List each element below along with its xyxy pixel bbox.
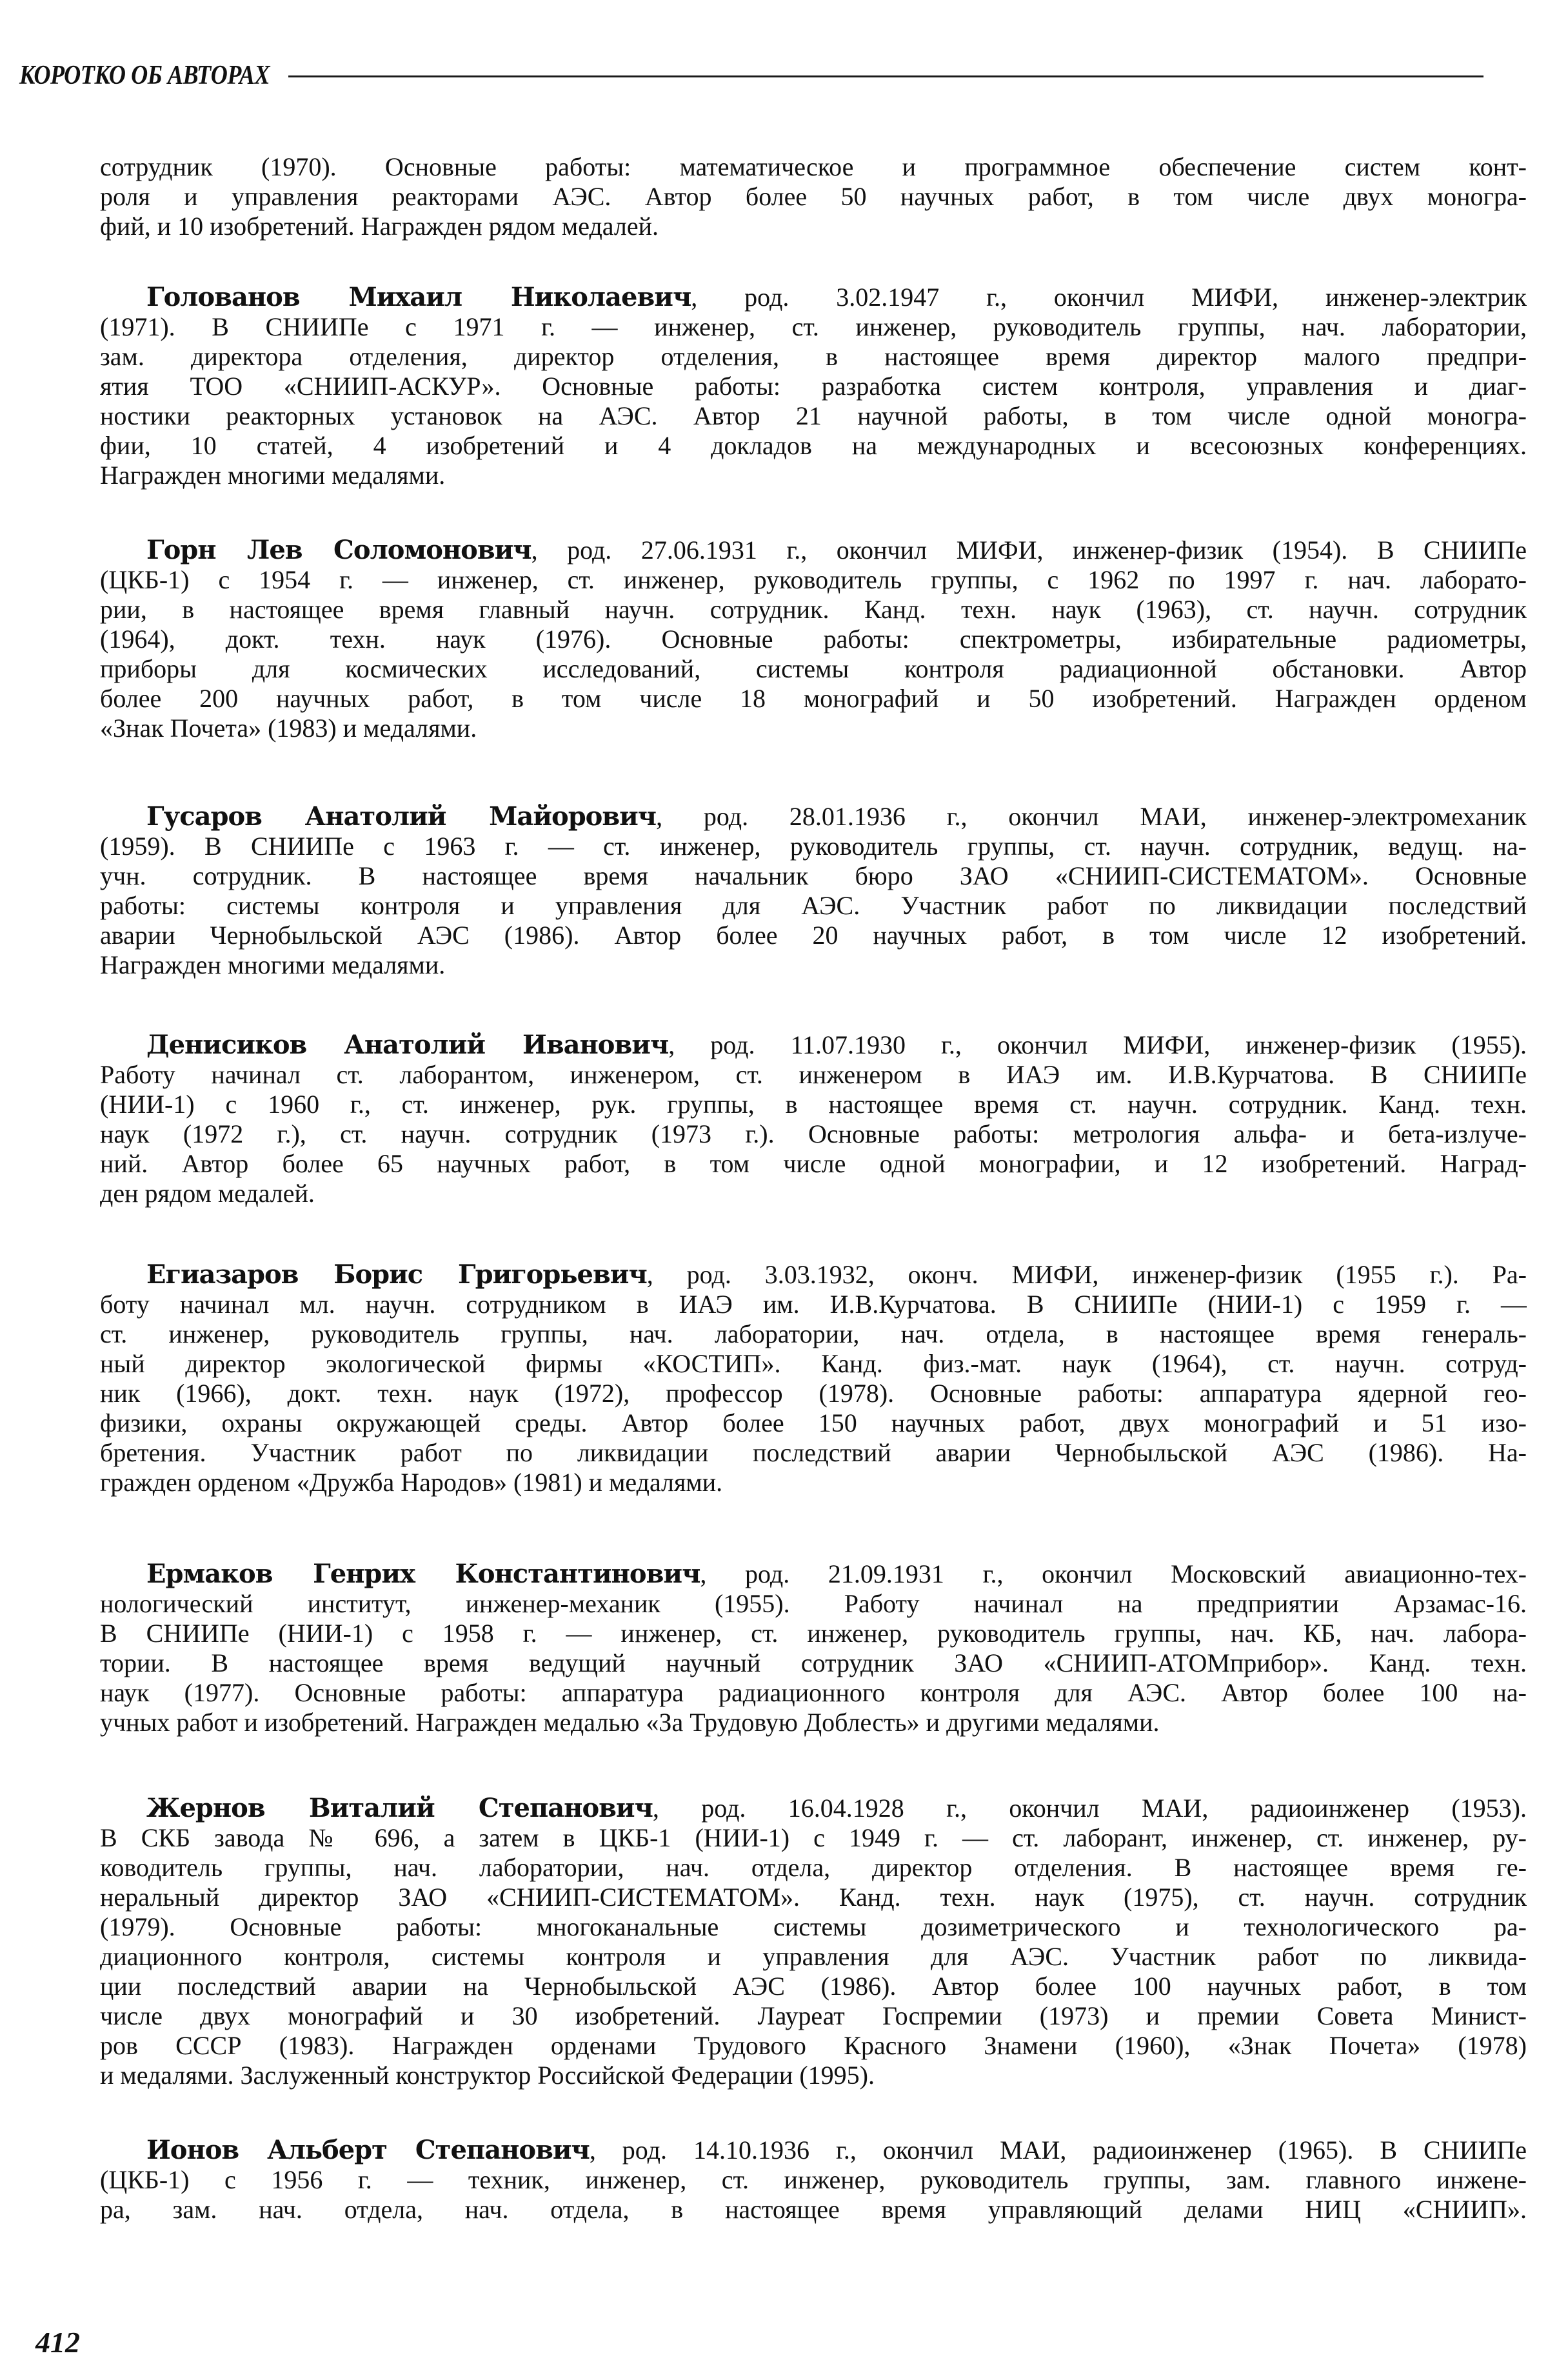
text-line: работы: системы контроля и управления дл… — [100, 891, 1527, 921]
text-line: Гусаров Анатолий Майорович, род. 28.01.1… — [100, 802, 1527, 832]
author-entry: Горн Лев Соломонович, род. 27.06.1931 г.… — [100, 535, 1527, 743]
text-line: наук (1977). Основные работы: аппаратура… — [100, 1678, 1527, 1708]
text-line: ст. инженер, руководитель группы, нач. л… — [100, 1319, 1527, 1349]
page-number: 412 — [35, 2325, 80, 2359]
author-entry: Жернов Виталий Степанович, род. 16.04.19… — [100, 1794, 1527, 2090]
text-line: учн. сотрудник. В настоящее время началь… — [100, 861, 1527, 891]
text-line: В СКБ завода № 696, а затем в ЦКБ-1 (НИИ… — [100, 1823, 1527, 1853]
author-entry: Егиазаров Борис Григорьевич, род. 3.03.1… — [100, 1260, 1527, 1497]
text-line: диационного контроля, системы контроля и… — [100, 1942, 1527, 1972]
entry-text: , род. 21.09.1931 г., окончил Московский… — [700, 1559, 1527, 1588]
text-line: бретения. Участник работ по ликвидации п… — [100, 1438, 1527, 1468]
text-line: учных работ и изобретений. Награжден мед… — [100, 1708, 1527, 1737]
author-name: Егиазаров Борис Григорьевич — [146, 1260, 647, 1290]
author-entry: Денисиков Анатолий Иванович, род. 11.07.… — [100, 1030, 1527, 1208]
author-name: Голованов Михаил Николаевич — [146, 283, 691, 312]
text-line: фии, 10 статей, 4 изобретений и 4 доклад… — [100, 431, 1527, 461]
text-line: сотрудник (1970). Основные работы: матем… — [100, 152, 1527, 182]
text-line: Денисиков Анатолий Иванович, род. 11.07.… — [100, 1030, 1527, 1060]
text-line: ров СССР (1983). Награжден орденами Труд… — [100, 2031, 1527, 2061]
text-line: (НИИ-1) с 1960 г., ст. инженер, рук. гру… — [100, 1090, 1527, 1119]
text-line: ции последствий аварии на Чернобыльской … — [100, 1972, 1527, 2001]
text-line: ра, зам. нач. отдела, нач. отдела, в нас… — [100, 2195, 1527, 2225]
text-line: Горн Лев Соломонович, род. 27.06.1931 г.… — [100, 535, 1527, 565]
text-line: Ермаков Генрих Константинович, род. 21.0… — [100, 1559, 1527, 1589]
text-line: Ионов Альберт Степанович, род. 14.10.193… — [100, 2135, 1527, 2165]
author-name: Денисиков Анатолий Иванович — [146, 1030, 668, 1060]
text-line: Работу начинал ст. лаборантом, инженером… — [100, 1060, 1527, 1090]
author-entry: Ермаков Генрих Константинович, род. 21.0… — [100, 1559, 1527, 1737]
author-name: Ионов Альберт Степанович — [146, 2135, 590, 2165]
entry-text: , род. 16.04.1928 г., окончил МАИ, радио… — [653, 1794, 1527, 1823]
text-line: Награжден многими медалями. — [100, 950, 1527, 980]
entry-text: , род. 3.02.1947 г., окончил МИФИ, инжен… — [691, 283, 1527, 312]
entry-text: , род. 27.06.1931 г., окончил МИФИ, инже… — [531, 535, 1527, 565]
author-entry: Ионов Альберт Степанович, род. 14.10.193… — [100, 2135, 1527, 2225]
entry-continuation: сотрудник (1970). Основные работы: матем… — [100, 152, 1527, 241]
text-line: (1959). В СНИИПе с 1963 г. — ст. инженер… — [100, 832, 1527, 861]
text-line: Егиазаров Борис Григорьевич, род. 3.03.1… — [100, 1260, 1527, 1290]
author-name: Жернов Виталий Степанович — [146, 1794, 653, 1823]
author-entry: Голованов Михаил Николаевич, род. 3.02.1… — [100, 283, 1527, 490]
author-name: Гусаров Анатолий Майорович — [146, 802, 656, 832]
text-line: более 200 научных работ, в том числе 18 … — [100, 684, 1527, 714]
text-line: (1971). В СНИИПе с 1971 г. — инженер, ст… — [100, 312, 1527, 342]
entry-text: , род. 3.03.1932, оконч. МИФИ, инженер-ф… — [647, 1260, 1527, 1289]
text-line: гражден орденом «Дружба Народов» (1981) … — [100, 1468, 1527, 1497]
author-entry: Гусаров Анатолий Майорович, род. 28.01.1… — [100, 802, 1527, 980]
text-line: Награжден многими медалями. — [100, 461, 1527, 490]
text-line: (1979). Основные работы: многоканальные … — [100, 1912, 1527, 1942]
text-line: ник (1966), докт. техн. наук (1972), про… — [100, 1379, 1527, 1408]
entry-text: , род. 14.10.1936 г., окончил МАИ, радио… — [590, 2135, 1527, 2165]
text-line: зам. директора отделения, директор отдел… — [100, 342, 1527, 372]
text-line: (ЦКБ-1) с 1954 г. — инженер, ст. инженер… — [100, 565, 1527, 595]
text-line: В СНИИПе (НИИ-1) с 1958 г. — инженер, ст… — [100, 1619, 1527, 1648]
text-line: Голованов Михаил Николаевич, род. 3.02.1… — [100, 283, 1527, 312]
text-line: (1964), докт. техн. наук (1976). Основны… — [100, 625, 1527, 654]
text-line: физики, охраны окружающей среды. Автор б… — [100, 1408, 1527, 1438]
text-line: неральный директор ЗАО «СНИИП-СИСТЕМАТОМ… — [100, 1883, 1527, 1912]
author-name: Ермаков Генрих Константинович — [146, 1559, 700, 1589]
author-name: Горн Лев Соломонович — [146, 535, 531, 565]
text-line: боту начинал мл. научн. сотрудником в ИА… — [100, 1290, 1527, 1319]
text-line: аварии Чернобыльской АЭС (1986). Автор б… — [100, 921, 1527, 950]
text-line: фий, и 10 изобретений. Награжден рядом м… — [100, 212, 1527, 241]
text-line: рии, в настоящее время главный научн. со… — [100, 595, 1527, 625]
text-line: ден рядом медалей. — [100, 1179, 1527, 1208]
text-line: нологический институт, инженер-механик (… — [100, 1589, 1527, 1619]
text-line: ятия ТОО «СНИИП-АСКУР». Основные работы:… — [100, 372, 1527, 401]
text-line: ний. Автор более 65 научных работ, в том… — [100, 1149, 1527, 1179]
running-head-title: КОРОТКО ОБ АВТОРАХ — [19, 60, 270, 91]
entry-text: , род. 11.07.1930 г., окончил МИФИ, инже… — [668, 1030, 1527, 1059]
text-line: и медалями. Заслуженный конструктор Росс… — [100, 2061, 1527, 2090]
text-line: ный директор экологической фирмы «КОСТИП… — [100, 1349, 1527, 1379]
entry-text: , род. 28.01.1936 г., окончил МАИ, инжен… — [656, 802, 1527, 831]
text-line: числе двух монографий и 30 изобретений. … — [100, 2001, 1527, 2031]
running-head: КОРОТКО ОБ АВТОРАХ — [19, 59, 1483, 92]
text-line: Жернов Виталий Степанович, род. 16.04.19… — [100, 1794, 1527, 1823]
text-line: (ЦКБ-1) с 1956 г. — техник, инженер, ст.… — [100, 2165, 1527, 2195]
text-line: «Знак Почета» (1983) и медалями. — [100, 714, 1527, 743]
text-line: роля и управления реакторами АЭС. Автор … — [100, 182, 1527, 212]
text-line: ководитель группы, нач. лаборатории, нач… — [100, 1853, 1527, 1883]
text-line: тории. В настоящее время ведущий научный… — [100, 1648, 1527, 1678]
text-line: приборы для космических исследований, си… — [100, 654, 1527, 684]
running-head-rule — [288, 75, 1483, 77]
text-line: наук (1972 г.), ст. научн. сотрудник (19… — [100, 1119, 1527, 1149]
text-line: ностики реакторных установок на АЭС. Авт… — [100, 401, 1527, 431]
